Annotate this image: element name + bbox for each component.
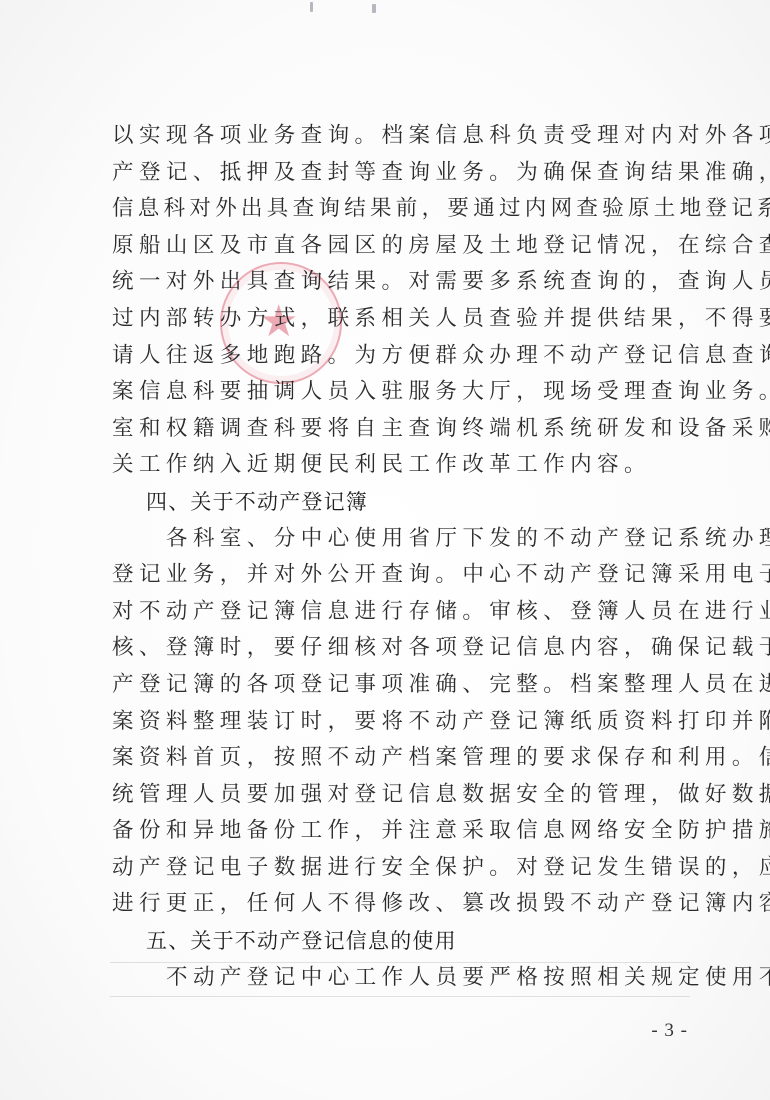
- text-line: 以实现各项业务查询。档案信息科负责受理对内对外各项不动: [112, 118, 684, 155]
- text-line: 动产登记电子数据进行安全保护。对登记发生错误的，应依法: [112, 850, 684, 887]
- text-line: 不动产登记中心工作人员要严格按照相关规定使用不动产: [112, 960, 684, 997]
- text-line: 各科室、分中心使用省厅下发的不动产登记系统办理审核: [112, 521, 684, 558]
- text-line: 关工作纳入近期便民利民工作改革工作内容。: [112, 447, 684, 484]
- text-line: 核、登簿时，要仔细核对各项登记信息内容，确保记载于不动: [112, 630, 684, 667]
- document-body: 以实现各项业务查询。档案信息科负责受理对内对外各项不动 产登记、抵押及查封等查询…: [112, 118, 684, 996]
- text-line: 统管理人员要加强对登记信息数据安全的管理，做好数据日常: [112, 777, 684, 814]
- text-line: 对不动产登记簿信息进行存储。审核、登簿人员在进行业务审: [112, 594, 684, 631]
- text-line: 备份和异地备份工作，并注意采取信息网络安全防护措施对不: [112, 813, 684, 850]
- text-line: 统一对外出具查询结果。对需要多系统查询的，查询人员应通: [112, 264, 684, 301]
- scan-artifacts: [310, 2, 380, 16]
- text-line: 室和权籍调查科要将自主查询终端机系统研发和设备采购等相: [112, 411, 684, 448]
- section-heading-5: 五、关于不动产登记信息的使用: [112, 923, 684, 960]
- text-line: 原船山区及市直各园区的房屋及土地登记情况，在综合查询后: [112, 228, 684, 265]
- text-line: 案资料整理装订时，要将不动产登记簿纸质资料打印并附在档: [112, 704, 684, 741]
- text-line: 产登记簿的各项登记事项准确、完整。档案整理人员在进行档: [112, 667, 684, 704]
- text-line: 案信息科要抽调人员入驻服务大厅，现场受理查询业务。办公: [112, 374, 684, 411]
- text-line: 产登记、抵押及查封等查询业务。为确保查询结果准确，档案: [112, 155, 684, 192]
- page-number: - 3 -: [651, 1020, 688, 1042]
- section-heading-4: 四、关于不动产登记簿: [112, 484, 684, 521]
- text-line: 进行更正，任何人不得修改、篡改损毁不动产登记簿内容。: [112, 886, 684, 923]
- text-line: 登记业务，并对外公开查询。中心不动产登记簿采用电子介质: [112, 557, 684, 594]
- text-line: 过内部转办方式，联系相关人员查验并提供结果，不得要求申: [112, 301, 684, 338]
- text-line: 信息科对外出具查询结果前，要通过内网查验原土地登记系统、: [112, 191, 684, 228]
- text-line: 案资料首页，按照不动产档案管理的要求保存和利用。信息系: [112, 740, 684, 777]
- scanned-page: ★ 以实现各项业务查询。档案信息科负责受理对内对外各项不动 产登记、抵押及查封等…: [0, 0, 770, 1100]
- text-line: 请人往返多地跑路。为方便群众办理不动产登记信息查询，档: [112, 338, 684, 375]
